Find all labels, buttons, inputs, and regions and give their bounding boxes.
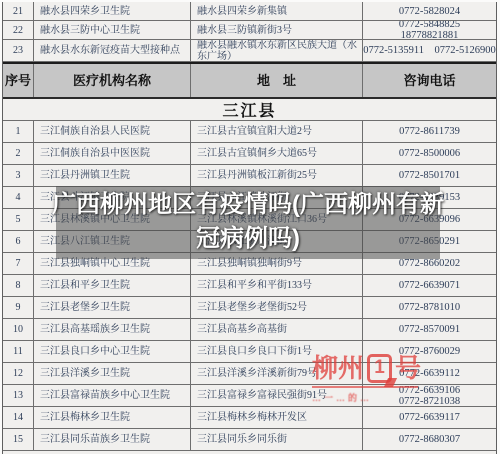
institution-name: 三江县和平乡卫生院 — [34, 275, 191, 296]
institution-address: 三江县梅林乡梅林开发区 — [191, 407, 363, 428]
institution-name: 三江侗族自治县中医医院 — [34, 143, 191, 164]
row-number: 11 — [3, 341, 34, 362]
section-title-sanjiang: 三江县 — [3, 99, 496, 121]
phone-line: 0772-5135911 0772-5126900 — [363, 45, 496, 56]
section-rows: 1三江侗族自治县人民医院三江县古宜镇宜阳大道2号0772-86117392三江侗… — [3, 121, 496, 451]
institution-address: 三江县富禄乡富禄民强街91号 — [191, 385, 363, 406]
table-row: 23融水县水东新冠疫苗大型接种点融水县融水镇水东新区民族大道（水东广场）0772… — [3, 40, 496, 62]
phone-line: 0772-8660202 — [399, 258, 460, 269]
table-row: 8三江县和平乡卫生院三江县和平乡和平街133号0772-6639071 — [3, 275, 496, 297]
row-number: 23 — [3, 40, 34, 61]
row-number: 14 — [3, 407, 34, 428]
institution-address: 三江县高基乡高基街 — [191, 319, 363, 340]
phone-line: 18778821881 — [401, 30, 459, 39]
phone-line: 0772-8570091 — [399, 324, 460, 335]
row-number: 15 — [3, 429, 34, 450]
phone-line: 0772-6639106 — [399, 385, 460, 396]
institution-address: 三江县古宜镇侗乡大道65号 — [191, 143, 363, 164]
row-number: 21 — [3, 2, 34, 20]
phone-line: 0772-8500006 — [399, 148, 460, 159]
phone-line: 0772-6639117 — [399, 412, 460, 423]
phone-line: 0772-5848825 — [399, 21, 460, 30]
column-header-address: 地 址 — [191, 64, 363, 97]
phone-numbers: 0772-8760029 — [363, 341, 496, 362]
table-row: 11三江县良口乡中心卫生院三江县良口乡良口下街1号0772-8760029 — [3, 341, 496, 363]
institution-name: 三江县富禄苗族乡中心卫生院 — [34, 385, 191, 406]
phone-numbers: 0772-8500006 — [363, 143, 496, 164]
phone-numbers: 0772-5828024 — [363, 2, 496, 20]
phone-line: 0772-8760029 — [399, 346, 460, 357]
institution-name: 三江县良口乡中心卫生院 — [34, 341, 191, 362]
row-number: 9 — [3, 297, 34, 318]
institution-address: 三江县洋溪乡洋溪新街79号 — [191, 363, 363, 384]
institution-name: 三江县丹洲镇卫生院 — [34, 165, 191, 186]
phone-numbers: 0772-5135911 0772-5126900 — [363, 40, 496, 61]
column-header-name: 医疗机构名称 — [34, 64, 191, 97]
institution-address: 融水县融水镇水东新区民族大道（水东广场） — [191, 40, 363, 61]
row-number: 12 — [3, 363, 34, 384]
phone-line: 0772-6639112 — [399, 368, 460, 379]
article-title-overlay: 广西柳州地区有疫情吗(广西柳州有新 冠病例吗) — [56, 186, 440, 259]
institution-name: 三江县梅林乡卫生院 — [34, 407, 191, 428]
table-row: 14三江县梅林乡卫生院三江县梅林乡梅林开发区0772-6639117 — [3, 407, 496, 429]
institution-address: 三江县和平乡和平街133号 — [191, 275, 363, 296]
institution-name: 三江侗族自治县人民医院 — [34, 121, 191, 142]
institution-address: 三江县老堡乡老堡街52号 — [191, 297, 363, 318]
phone-numbers: 0772-584882518778821881 — [363, 21, 496, 39]
phone-line: 0772-8611739 — [399, 126, 460, 137]
table-row: 21融水县四荣乡卫生院融水县四荣乡新集镇0772-5828024 — [3, 2, 496, 21]
institution-address: 三江县良口乡良口下街1号 — [191, 341, 363, 362]
table-row: 13三江县富禄苗族乡中心卫生院三江县富禄乡富禄民强街91号0772-663910… — [3, 385, 496, 407]
phone-line: 0772-8721038 — [399, 396, 460, 407]
institution-name: 三江县同乐苗族乡卫生院 — [34, 429, 191, 450]
row-number: 8 — [3, 275, 34, 296]
phone-line: 0772-8501701 — [399, 170, 460, 181]
table-row: 9三江县老堡乡卫生院三江县老堡乡老堡街52号0772-8781010 — [3, 297, 496, 319]
table-row: 2三江侗族自治县中医医院三江县古宜镇侗乡大道65号0772-8500006 — [3, 143, 496, 165]
pre-section-rows: 21融水县四荣乡卫生院融水县四荣乡新集镇0772-582802422融水县三防中… — [3, 2, 496, 62]
row-number: 5 — [3, 209, 34, 230]
row-number: 2 — [3, 143, 34, 164]
institution-name: 三江县老堡乡卫生院 — [34, 297, 191, 318]
row-number: 3 — [3, 165, 34, 186]
screenshot-page: 21融水县四荣乡卫生院融水县四荣乡新集镇0772-582802422融水县三防中… — [0, 0, 500, 454]
phone-numbers: 0772-6639117 — [363, 407, 496, 428]
phone-line: 0772-6639071 — [399, 280, 460, 291]
phone-line: 0772-8680307 — [399, 434, 460, 445]
row-number: 13 — [3, 385, 34, 406]
phone-numbers: 0772-6639112 — [363, 363, 496, 384]
table-row: 12三江县洋溪乡卫生院三江县洋溪乡洋溪新街79号0772-6639112 — [3, 363, 496, 385]
column-header-no: 序号 — [3, 64, 34, 97]
article-title-line2: 冠病例吗) — [196, 222, 300, 256]
row-number: 6 — [3, 231, 34, 252]
institution-name: 融水县四荣乡卫生院 — [34, 2, 191, 20]
institution-address: 三江县古宜镇宜阳大道2号 — [191, 121, 363, 142]
phone-numbers: 0772-8781010 — [363, 297, 496, 318]
row-number: 7 — [3, 253, 34, 274]
table-row: 10三江县高基瑶族乡卫生院三江县高基乡高基街0772-8570091 — [3, 319, 496, 341]
row-number: 4 — [3, 187, 34, 208]
phone-numbers: 0772-8680307 — [363, 429, 496, 450]
phone-numbers: 0772-8570091 — [363, 319, 496, 340]
article-title-line1: 广西柳州地区有疫情吗(广西柳州有新 — [52, 188, 444, 222]
institution-name: 三江县洋溪乡卫生院 — [34, 363, 191, 384]
row-number: 1 — [3, 121, 34, 142]
table-row: 1三江侗族自治县人民医院三江县古宜镇宜阳大道2号0772-8611739 — [3, 121, 496, 143]
institution-name: 融水县三防中心卫生院 — [34, 21, 191, 39]
institution-name: 三江县高基瑶族乡卫生院 — [34, 319, 191, 340]
phone-numbers: 0772-8611739 — [363, 121, 496, 142]
row-number: 22 — [3, 21, 34, 39]
table-row: 15三江县同乐苗族乡卫生院三江县同乐乡同乐街0772-8680307 — [3, 429, 496, 451]
institution-address: 融水县三防镇新街3号 — [191, 21, 363, 39]
phone-numbers: 0772-8501701 — [363, 165, 496, 186]
phone-line: 0772-8781010 — [399, 302, 460, 313]
column-header-phone: 咨询电话 — [363, 64, 496, 97]
table-row: 22融水县三防中心卫生院融水县三防镇新街3号0772-5848825187788… — [3, 21, 496, 40]
institution-address: 融水县四荣乡新集镇 — [191, 2, 363, 20]
table-header-row: 序号 医疗机构名称 地 址 咨询电话 — [3, 62, 496, 99]
row-number: 10 — [3, 319, 34, 340]
phone-numbers: 0772-6639071 — [363, 275, 496, 296]
institution-address: 三江县丹洲镇板江新街25号 — [191, 165, 363, 186]
phone-line: 0772-5828024 — [399, 6, 460, 17]
institution-address: 三江县同乐乡同乐街 — [191, 429, 363, 450]
phone-numbers: 0772-66391060772-8721038 — [363, 385, 496, 406]
institution-name: 融水县水东新冠疫苗大型接种点 — [34, 40, 191, 61]
table-row: 3三江县丹洲镇卫生院三江县丹洲镇板江新街25号0772-8501701 — [3, 165, 496, 187]
